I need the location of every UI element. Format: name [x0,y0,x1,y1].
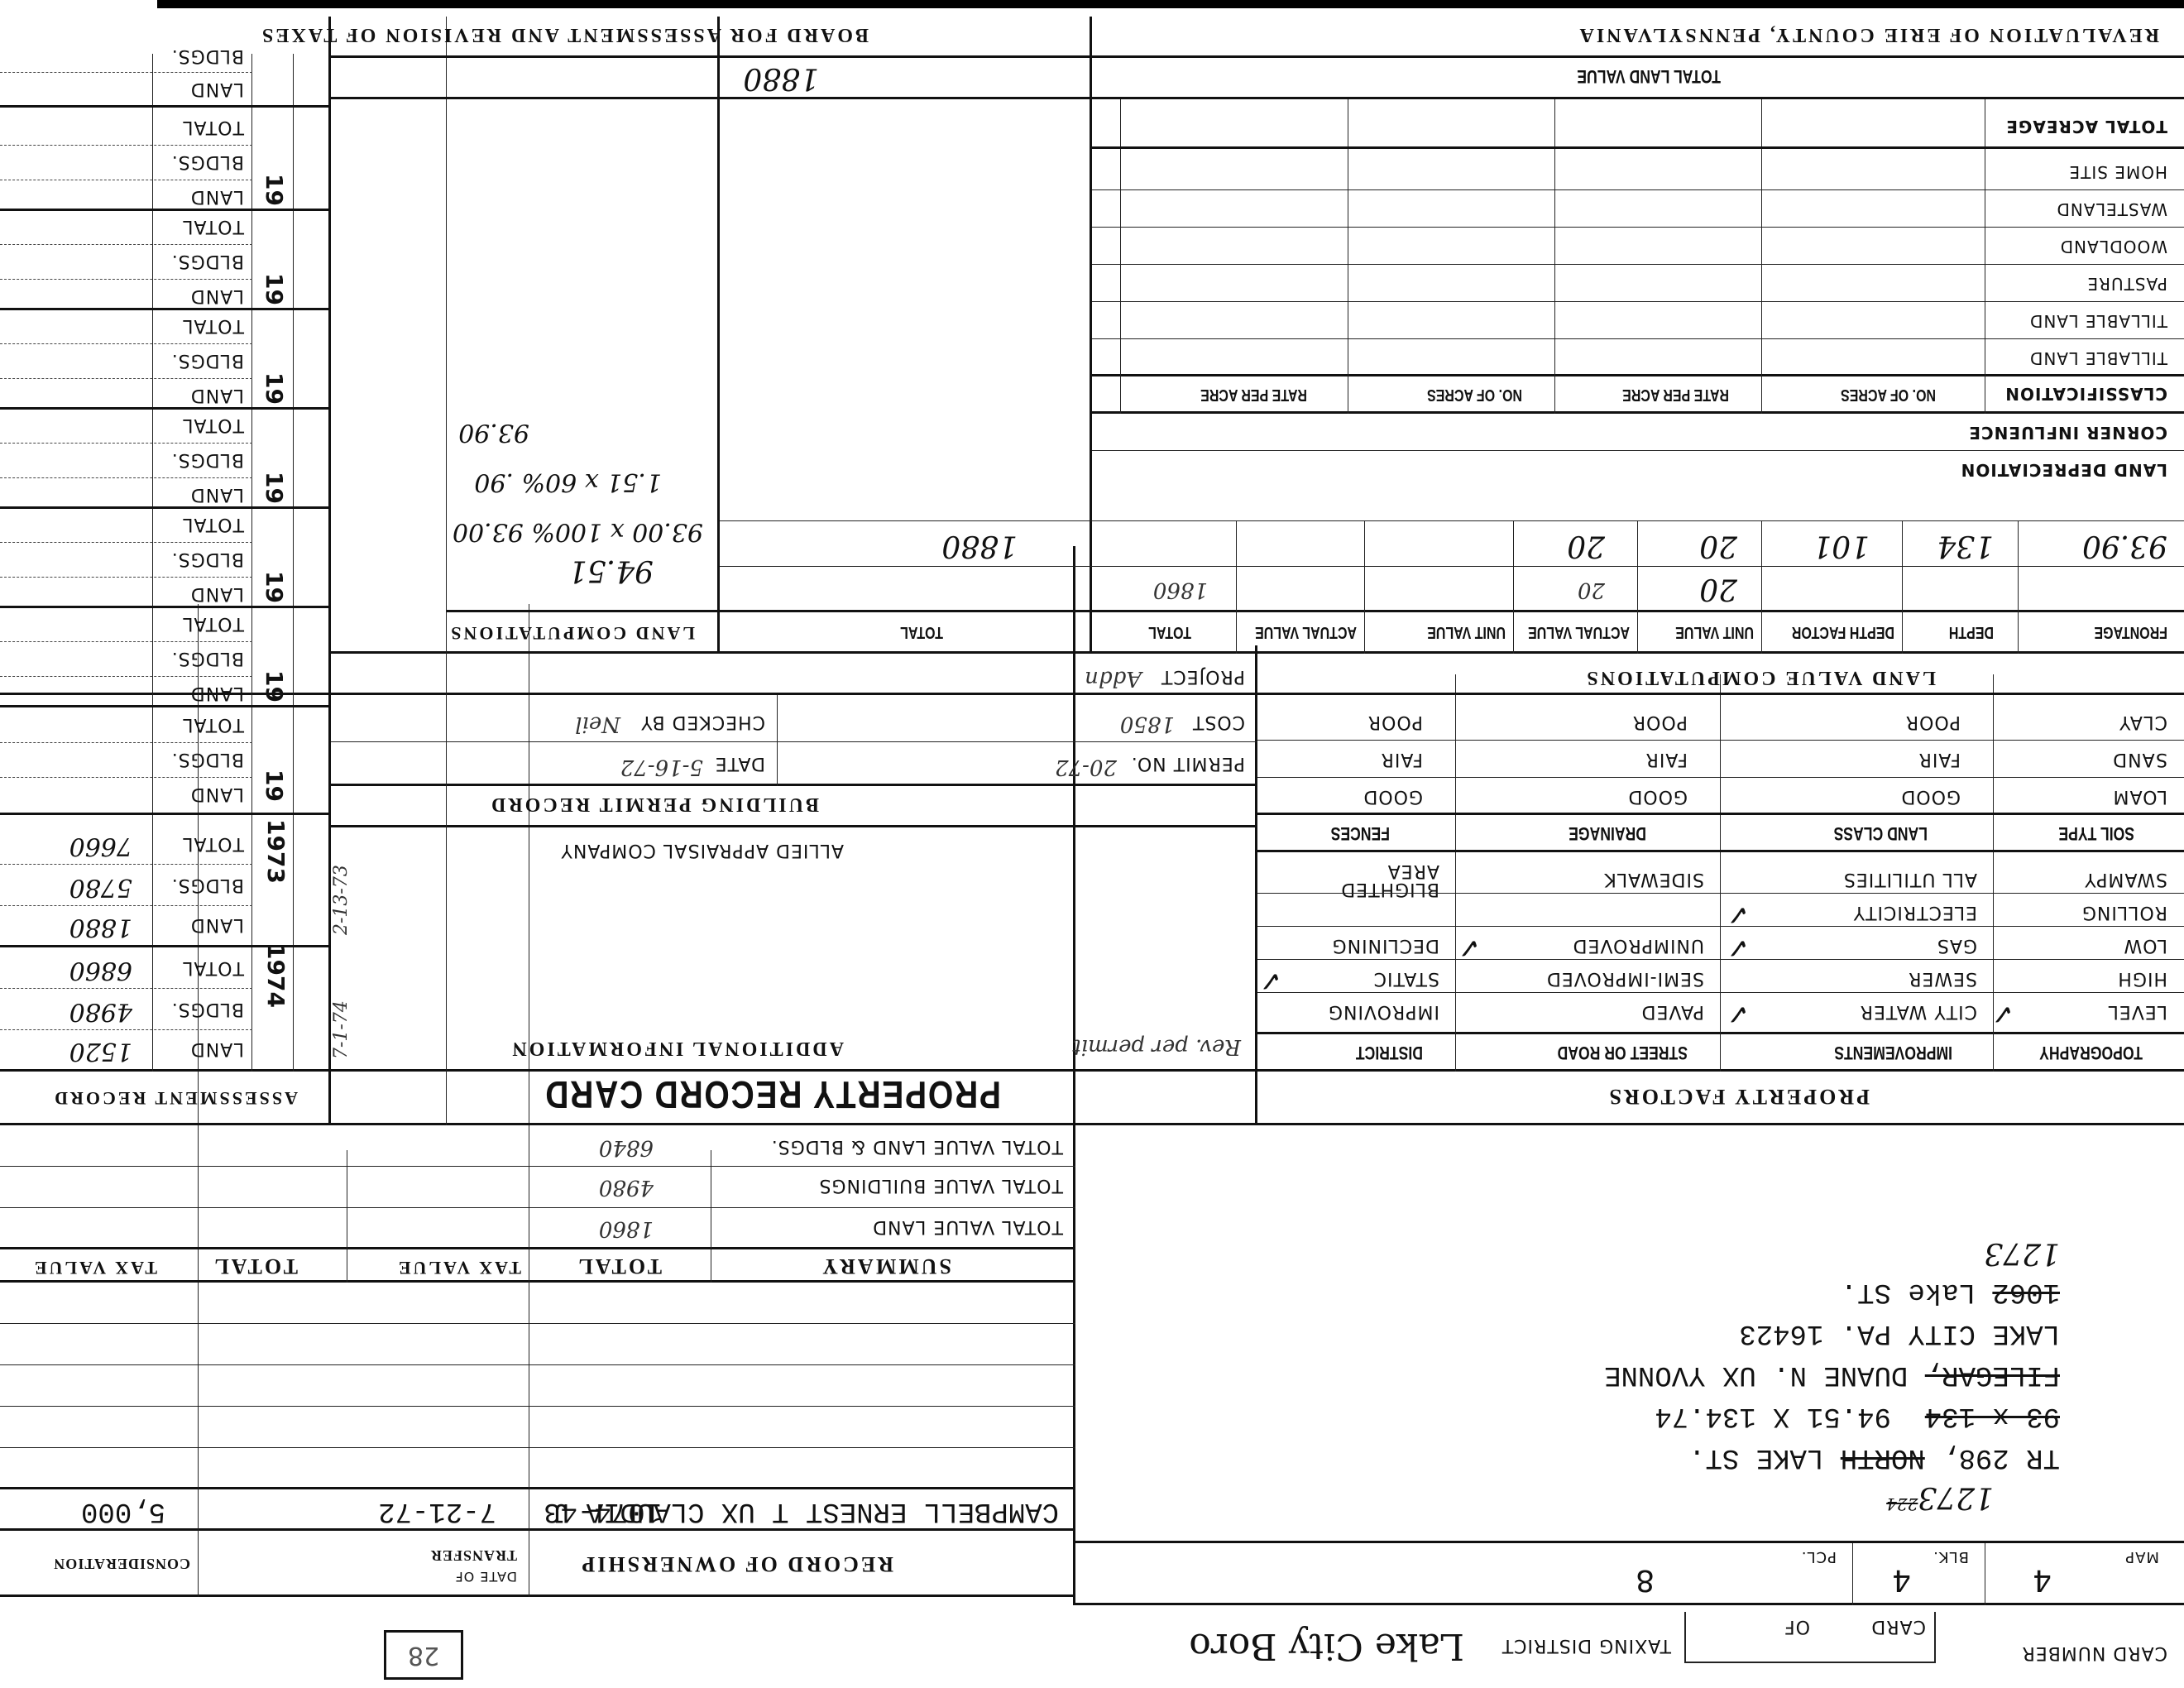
lc-land-depreciation: LAND DEPRECIATION [1961,460,2167,480]
project-label: PROJECT [1161,666,1245,687]
appraisal-company: ALLIED APPRAISAL COMPANY [560,840,844,861]
pf-header-improvements: IMPROVEMENTS [1834,1042,1952,1063]
card-label: CARD [1870,1616,1926,1637]
lc-corner-influence: CORNER INFLUENCE [1968,423,2167,443]
address-line-number-2: 1273 [1984,1236,2060,1270]
summary-col-tax: TAX VALUE [396,1257,521,1278]
pf-high[interactable]: HIGH [2117,968,2167,989]
lc-col-rate-1: RATE PER ACRE [1622,385,1729,404]
soil-loam[interactable]: LOAM [2113,786,2167,807]
lc-woodland: WOODLAND [2060,237,2167,257]
pf-declining[interactable]: DECLINING [1332,935,1439,956]
consideration-label: CONSIDERATION [53,1555,190,1572]
pf-semi-improved[interactable]: SEMI-IMPROVED [1546,968,1704,989]
address-line-dimensions: 93 x 134 94.51 X 134.74 [1655,1400,2060,1431]
blk-label: BLK. [1933,1548,1969,1566]
assessment-land-label: LAND [190,385,244,405]
lc-tillable-2: TILLABLE LAND [2029,311,2167,331]
checked-by-label: CHECKED BY [640,712,765,732]
of-label: OF [1784,1616,1810,1637]
land-comp-line-2: 93.00 x 100% 93.00 [453,517,703,546]
card-of-box[interactable]: CARD OF [1684,1612,1936,1663]
assessment-bldgs-label: BLDGS. [171,151,244,172]
assessment-total-label: TOTAL [182,714,244,735]
ownership-title: RECORD OF OWNERSHIP [579,1551,893,1576]
year-prefix: 19 [261,372,288,405]
lv-header-unit-value-2: UNIT VALUE [1427,622,1506,641]
assessment-bldgs-1973: 5780 [69,873,132,902]
assessment-bldgs-label: BLDGS. [171,251,244,271]
assessment-total-label: TOTAL [182,957,244,978]
additional-info-note: Rev. per permit [1072,1034,1241,1059]
summary-label-bldgs: TOTAL VALUE BUILDINGS [819,1175,1063,1196]
year-date-stamp: 7-1-74 [331,1000,352,1059]
land-computations-title: LAND COMPUTATIONS [448,622,695,644]
pf-gas[interactable]: GAS [1937,935,1977,956]
permit-date: 5-16-72 [620,755,703,779]
summary-col-tax-2: TAX VALUE [32,1257,157,1278]
drainage-fair[interactable]: FAIR [1645,749,1688,770]
pf-header-topography: TOPOGRAPHY [2039,1042,2143,1063]
assessment-total-label: TOTAL [182,613,244,634]
pf-swampy[interactable]: SWAMPY [2084,869,2167,890]
permit-project: Addn [1085,666,1142,691]
address-line-owner: FILEGAR, DUANE N. UX YVONNE [1604,1359,2060,1390]
lv-header-total: TOTAL [1148,622,1191,641]
pf-improving[interactable]: IMPROVING [1328,1001,1439,1022]
building-permit-title: BUILDING PERMIT RECORD [489,793,819,815]
land-value-title: LAND VALUE COMPUTATIONS [1584,666,1936,688]
year-date-stamp: 2-13-73 [331,865,352,935]
assessment-bldgs-label: BLDGS. [171,749,244,770]
lv-row2-depth: 134 [1937,529,1994,563]
assessment-bldgs-1974: 4980 [69,997,132,1026]
land-comp-line-3: 1.51 x 60% .90 [474,468,662,496]
pf-header-drainage: DRAINAGE [1569,822,1646,844]
soil-clay[interactable]: CLAY [2119,712,2167,732]
pf-header-soil: SOIL TYPE [2058,822,2134,844]
assessment-bldgs-label: BLDGS. [171,875,244,895]
assessment-bldgs-label: BLDGS. [171,449,244,470]
lc-col-acres-1: NO. OF ACRES [1841,385,1936,404]
assessment-land-1973: 1880 [69,913,132,942]
assessment-bldgs-label: BLDGS. [171,999,244,1019]
check-icon-level: ✓ [1991,997,2015,1030]
assessment-bldgs-label: BLDGS. [171,648,244,669]
permit-no-label: PERMIT NO. [1131,753,1245,774]
pf-unimproved[interactable]: UNIMPROVED [1573,935,1704,956]
additional-info-title: ADDITIONAL INFORMATION [510,1037,844,1059]
lc-tillable-1: TILLABLE LAND [2029,348,2167,368]
box-number: 28 [384,1630,463,1680]
property-factors-title: PROPERTY FACTORS [1607,1084,1870,1109]
assessment-bldgs-label: BLDGS. [171,350,244,371]
summary-total-bldgs: 4980 [599,1175,654,1200]
pf-level[interactable]: LEVEL [2108,1001,2167,1022]
county-title: REVALUATION OF ERIE COUNTY, PENNSYLVANIA [1578,23,2159,46]
assessment-land-label: LAND [190,484,244,505]
fences-fair[interactable]: FAIR [1381,749,1423,770]
drainage-good[interactable]: GOOD [1627,786,1688,807]
fences-good[interactable]: GOOD [1363,786,1423,807]
land-comp-line-4: 93.90 [458,418,529,447]
assessment-land-label: LAND [190,79,244,99]
assessment-bldgs-label: BLDGS. [171,549,244,569]
address-line-mailing: 1062 Lake ST. [1841,1276,2060,1307]
assessment-total-1973: 7660 [69,832,132,861]
summary-label-land: TOTAL VALUE LAND [872,1216,1063,1237]
year-stamp: 1973 [262,819,290,884]
address-number: 1273224 [1886,1480,1994,1514]
permit-date-label: DATE [715,753,765,774]
pf-paved[interactable]: PAVED [1641,1001,1704,1022]
pcl-label: PCL. [1801,1548,1837,1566]
lv-header-unit-value: UNIT VALUE [1675,622,1754,641]
drainage-poor[interactable]: POOR [1632,712,1688,732]
permit-cost: 1850 [1120,712,1175,736]
land-class-poor[interactable]: POOR [1905,712,1961,732]
pf-static[interactable]: STATIC [1373,968,1439,989]
map-label: MAP [2124,1548,2159,1566]
lv-row1-total: 1860 [1153,578,1208,602]
pf-header-district: DISTRICT [1356,1042,1423,1063]
year-prefix: 19 [261,770,288,802]
lv-row2-actual: 20 [1567,529,1605,563]
transfer-date: 7-21-72 [378,1495,496,1527]
assessment-land-label: LAND [190,683,244,703]
lv-header-actual-value: ACTUAL VALUE [1528,622,1630,641]
year-stamp: 1974 [262,943,290,1008]
summary-title: SUMMARY [820,1254,951,1278]
pf-header-land-class: LAND CLASS [1834,822,1928,844]
pf-sidewalk[interactable]: SIDEWALK [1603,869,1704,890]
assessment-title: ASSESSMENT RECORD [52,1087,298,1109]
top-bar [157,0,2184,8]
summary-col-total-2: TOTAL [212,1254,298,1278]
assessment-bldgs-label: BLDGS. [171,46,244,66]
card-number-label: CARD NUMBER [2022,1642,2167,1663]
cost-label: COST [1192,712,1245,732]
permit-no: 20-72 [1055,755,1117,779]
pf-city-water[interactable]: CITY WATER [1860,1001,1977,1022]
assessment-total-1974: 6860 [69,956,132,985]
lv-row2-total: 1880 [941,529,1018,563]
assessment-land-1974: 1520 [69,1037,132,1066]
summary-total-land: 1860 [599,1216,654,1241]
pf-header-fences: FENCES [1331,822,1390,844]
lc-classification: CLASSIFICATION [2004,384,2167,404]
lv-header-actual-value-2: ACTUAL VALUE [1255,622,1357,641]
pf-header-street: STREET OR ROAD [1558,1042,1688,1063]
fences-poor[interactable]: POOR [1367,712,1423,732]
lv-header-frontage: FRONTAGE [2094,622,2167,641]
assessment-land-label: LAND [190,186,244,207]
pf-electricity[interactable]: ELECTRICITY [1853,902,1977,923]
assessment-land-label: LAND [190,583,244,604]
card-title: PROPERTY RECORD CARD [544,1072,1002,1117]
soil-sand[interactable]: SAND [2112,749,2167,770]
year-prefix: 19 [261,571,288,603]
assessment-land-label: LAND [190,784,244,804]
deed-book: 1074-43 [544,1495,662,1527]
lv-row1-unit: 20 [1699,572,1737,606]
lv-row2-frontage: 93.90 [2082,529,2167,563]
lv-header-depth-factor: DEPTH FACTOR [1792,622,1894,641]
year-prefix: 19 [261,472,288,504]
address-line-city: LAKE CITY PA. 16423 [1739,1317,2060,1349]
pf-low[interactable]: LOW [2123,935,2167,956]
lv-row1-actual: 20 [1578,578,1605,602]
total-land-value: 1880 [743,61,819,95]
assessment-land-label: LAND [190,914,244,935]
summary-total-land-bldgs: 6840 [599,1135,654,1160]
year-prefix: 19 [261,174,288,206]
assessment-total-label: TOTAL [182,833,244,854]
summary-label-land-bldgs: TOTAL VALUE LAND & BLDGS. [771,1136,1063,1157]
taxing-district-label: TAXING DISTRICT [1501,1635,1671,1655]
checked-by: Neil [575,712,620,736]
pf-all-utilities[interactable]: ALL UTILITIES [1843,869,1977,890]
assessment-land-label: LAND [190,285,244,306]
lc-home-site: HOME SITE [2069,162,2167,182]
lv-header-depth: DEPTH [1949,622,1994,641]
assessment-total-label: TOTAL [182,514,244,535]
lc-wasteland: WASTELAND [2056,199,2167,219]
board-title: BOARD FOR ASSESSMENT AND REVISION OF TAX… [260,23,869,46]
lc-total-acreage: TOTAL ACREAGE [2005,117,2167,137]
pf-sewer[interactable]: SEWER [1908,968,1977,989]
land-comp-line-1: 94.51 [568,554,654,587]
blk-value: 4 [1892,1563,1911,1597]
pf-rolling[interactable]: ROLLING [2081,902,2167,923]
date-of-label: DATE OF [454,1569,517,1585]
land-class-fair[interactable]: FAIR [1918,749,1961,770]
lc-col-acres-2: NO. OF ACRES [1427,385,1522,404]
assessment-total-label: TOTAL [182,315,244,336]
lc-col-rate-2: RATE PER ACRE [1200,385,1307,404]
summary-col-total: TOTAL [576,1254,662,1278]
taxing-district-value: Lake City Boro [1189,1625,1464,1667]
lv-header-total-2: TOTAL [900,622,943,641]
assessment-total-label: TOTAL [182,415,244,435]
transfer-label: TRANSFER [430,1547,517,1564]
property-record-card: CARD NUMBER CARD OF TAXING DISTRICT Lake… [0,0,2184,1688]
year-prefix: 19 [261,273,288,305]
assessment-total-label: TOTAL [182,117,244,137]
land-class-good[interactable]: GOOD [1900,786,1961,807]
consideration: 5,000 [81,1495,165,1527]
lc-pasture: PASTURE [2086,274,2167,294]
total-land-value-label: TOTAL LAND VALUE [1577,65,1721,87]
lv-row2-unit: 20 [1699,529,1737,563]
pcl-value: 8 [1636,1563,1655,1597]
assessment-land-label: LAND [190,1038,244,1059]
address-line-street: TR 298, NORTH LAKE ST. [1688,1441,2060,1473]
assessment-total-label: TOTAL [182,216,244,237]
check-icon-city-water: ✓ [1727,997,1751,1030]
lv-row2-depth-factor: 101 [1813,529,1870,563]
year-prefix: 19 [261,670,288,703]
map-value: 4 [2033,1563,2052,1597]
